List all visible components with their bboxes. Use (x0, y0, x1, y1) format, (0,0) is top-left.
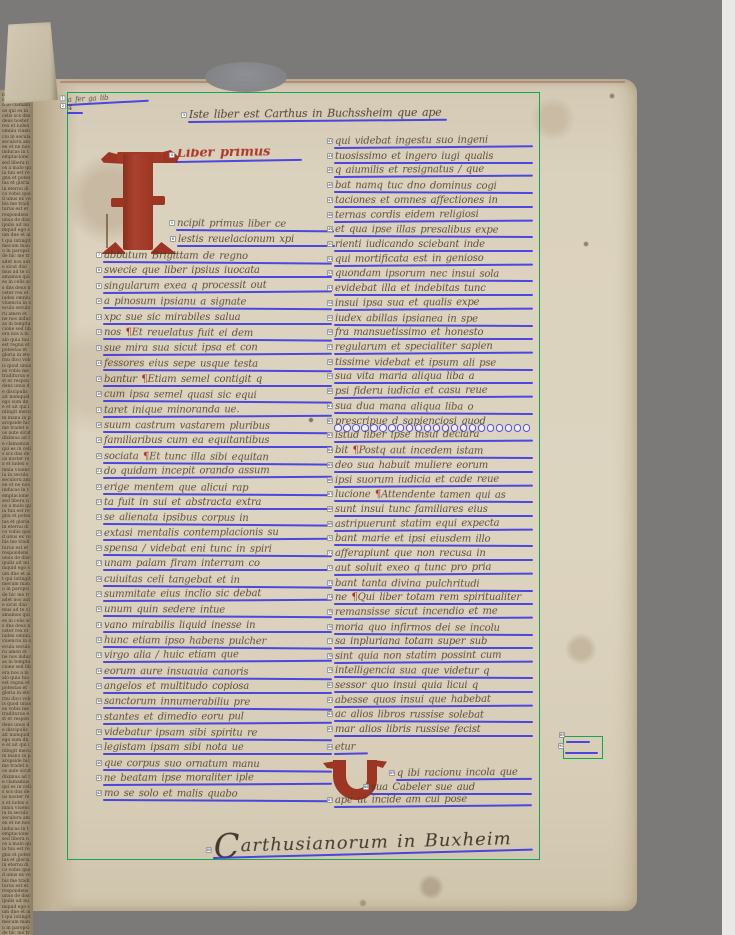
line-number-badge[interactable]: 80 (327, 682, 333, 688)
line-number-badge[interactable]: 76 (327, 624, 334, 630)
manuscript-line-text: sua Cabeler sue aud (371, 782, 475, 793)
line-number-badge[interactable]: 46 (327, 182, 334, 188)
text-line: aut soluit exeo q tunc pro pria72 (334, 561, 533, 576)
red-paragraph-mark: ¶ (353, 445, 359, 456)
manuscript-line-text: extasi mentalis contemplacionis su (104, 527, 279, 539)
text-line: ternas cordis eidem religiosi48 (334, 208, 533, 223)
line-number-badge[interactable]: 74 (327, 594, 333, 600)
manuscript-line-text: virgo alia / huic etiam que (104, 649, 239, 661)
line-number-badge[interactable]: 87 (327, 797, 334, 803)
line-number-badge[interactable]: 18 (96, 422, 103, 428)
text-line: fra mansuetissimo et honesto56 (334, 326, 533, 340)
text-line: moria quo infirmos dei se incolu76 (334, 621, 533, 636)
manuscript-line-text: vano mirabilis liquid inesse in (104, 620, 255, 631)
text-line: tissime videbat et ipsum ali pse58 (334, 356, 533, 371)
line-number-badge[interactable]: 31 (96, 622, 102, 628)
text-line: ac alios libros russise solebat82 (334, 708, 533, 723)
line-number-badge[interactable]: 48 (327, 212, 334, 218)
text-line: ape ut incide am cui pose87 (334, 792, 532, 808)
text-line: 42 (67, 100, 83, 114)
line-number-badge[interactable]: 50 (327, 241, 333, 247)
text-line: spensa / videbat eni tunc in spiri26 (103, 542, 332, 557)
manuscript-line-text: sessor quo insui quia licui q (335, 680, 478, 691)
text-line: sua dua mana aliqua liba o61 (334, 400, 533, 415)
text-line: ne beatam ipse moraliter iple41 (103, 771, 332, 786)
text-line: qui mortificata est in genioso51 (334, 252, 533, 267)
manuscript-line-text: et qua ipse illas presalibus expe (335, 224, 498, 236)
manuscript-line-text: etur (335, 742, 356, 753)
manuscript-line-text: fra mansuetissimo et honesto (335, 327, 483, 338)
line-number-badge[interactable]: 41 (96, 775, 103, 781)
manuscript-line-text: rienti iudicando sciebant inde (335, 239, 485, 250)
manuscript-line-text: bant marie et ipsi eiusdem illo (335, 533, 490, 545)
manuscript-line-text: deo sua habuit muliere eorum (335, 460, 488, 471)
line-number-badge[interactable]: 24 (96, 514, 103, 520)
line-number-badge[interactable]: 15 (96, 376, 102, 382)
line-number-badge[interactable]: 12 (96, 329, 103, 335)
line-number-badge[interactable]: 52 (327, 270, 334, 276)
text-line: sa inpluriana totam super sub77 (334, 635, 533, 649)
text-line: nos ¶Et reuelatus fuit ei dem12 (103, 326, 332, 342)
text-line: bat namq tuc dno dominus cogi46 (334, 179, 533, 194)
manuscript-line-text: unam palam firam interram co (104, 558, 260, 569)
manuscript-line-text: spensa / videbat eni tunc in spiri (104, 543, 272, 555)
manuscript-line-text: taret inique minoranda ue. (104, 404, 239, 416)
manuscript-line-text: mo se solo et malis quabo (104, 788, 238, 800)
line-number-badge[interactable]: 11 (96, 314, 102, 320)
text-line: suum castrum vastarem pluribus18 (103, 419, 332, 434)
text-line-baseline[interactable] (103, 323, 332, 325)
text-line: Liber primus4 (176, 147, 302, 163)
line-number-badge[interactable]: 1 (59, 95, 65, 101)
line-number-badge[interactable]: 3 (181, 112, 187, 118)
manuscript-line-text: tissime videbat et ipsum ali pse (335, 357, 496, 369)
line-number-badge[interactable]: 9 (96, 283, 102, 289)
line-number-badge[interactable]: 21 (96, 468, 103, 474)
manuscript-line-text: a pinosum ipsianu a signate (104, 296, 246, 308)
line-number-badge[interactable]: 19 (96, 437, 102, 443)
line-number-badge[interactable]: 32 (96, 637, 103, 643)
text-line: abesse quos insui que habebat81 (334, 693, 533, 708)
line-number-badge[interactable]: 90 (558, 743, 564, 749)
text-line: remansisse sicut incendio et me75 (334, 605, 533, 620)
line-number-badge[interactable]: 29 (96, 591, 103, 597)
text-line: sua vita maria aliqua liba a59 (334, 370, 533, 384)
line-number-badge[interactable]: 26 (96, 545, 103, 551)
text-line: fessores eius sepe usque testa14 (103, 357, 332, 372)
annotation-overlay: a fer ga lib142Iste liber est Carthus in… (0, 0, 735, 935)
manuscript-line-text: intelligencia sua que videtur q (335, 665, 489, 677)
manuscript-line-text: sue mira sua sicut ipsa et con (104, 342, 258, 354)
manuscript-line-text: bantur ¶Etiam semel contigit q (104, 374, 262, 385)
manuscript-line-text: iudex abillas ipsianea in spe (335, 313, 478, 325)
text-line-baseline[interactable] (67, 112, 83, 114)
manuscript-line-text: taciones et omnes affectiones in (335, 195, 498, 206)
text-line: se alienata ipsibus corpus in24 (103, 511, 332, 527)
line-number-badge[interactable]: 63 (327, 432, 334, 438)
text-line: sessor quo insui quia licui q80 (334, 679, 533, 693)
text-line-baseline[interactable] (103, 631, 332, 633)
manuscript-line-text: ne ¶Qui liber totam rem spiritualiter (335, 592, 521, 603)
manuscript-line-text: familiaribus cum ea equitantibus (104, 435, 269, 446)
text-line: do quidam incepit orando assum21 (103, 464, 332, 479)
line-number-badge[interactable]: 45 (327, 167, 334, 173)
manuscript-line-text: 4 (68, 104, 72, 112)
text-line: mo se solo et malis quabo42 (103, 787, 332, 802)
line-number-badge[interactable]: 22 (96, 484, 103, 490)
line-number-badge[interactable]: 60 (327, 388, 334, 394)
text-line: singularum exea q processit out9 (103, 278, 332, 294)
line-number-badge[interactable]: 34 (96, 668, 103, 674)
text-line: insui ipsa sua et qualis expe54 (334, 296, 533, 311)
text-line: astripuerunt statim equi expecta69 (334, 517, 533, 532)
line-number-badge[interactable]: 68 (327, 506, 333, 512)
text-line: vano mirabilis liquid inesse in31 (103, 619, 332, 633)
line-number-badge[interactable]: 55 (327, 315, 334, 321)
text-line: afferapiunt que non recusa in71 (334, 547, 533, 561)
manuscript-line-text: eorum aure insuauia canoris (104, 666, 248, 678)
line-number-badge[interactable]: 73 (327, 580, 334, 586)
text-line: sanctorum innumerabiliu pre36 (103, 695, 332, 711)
manuscript-line-text: xpc sue sic mirabiles salua (104, 312, 240, 323)
text-line: mar alios libris russise fecist83 (334, 723, 533, 737)
line-number-badge[interactable]: 47 (327, 197, 333, 203)
line-number-badge[interactable]: 4 (169, 152, 175, 158)
manuscript-line-text: ta fuit in sui et abstracta extra (104, 497, 261, 508)
line-number-badge[interactable]: 89 (559, 732, 565, 738)
text-line: iudex abillas ipsianea in spe55 (334, 312, 533, 327)
line-number-badge[interactable]: 23 (96, 499, 102, 505)
text-line: virgo alia / huic etiam que33 (103, 648, 332, 663)
text-line: q aiumilis et resignatus / que45 (334, 163, 533, 178)
line-number-badge[interactable]: 43 (327, 138, 334, 144)
line-number-badge[interactable]: 79 (327, 667, 334, 673)
line-number-badge[interactable]: 88 (206, 847, 213, 853)
line-number-badge[interactable]: 69 (327, 521, 334, 527)
manuscript-line-text: bant tanta divina pulchritudi (335, 578, 479, 590)
text-line-baseline[interactable] (103, 508, 332, 510)
flourished-capital: C (213, 826, 241, 859)
text-line: sint quia non statim possint cum78 (334, 649, 533, 664)
text-line-baseline[interactable] (103, 446, 332, 448)
line-number-badge[interactable]: 39 (96, 744, 102, 750)
line-number-badge[interactable]: 20 (96, 453, 103, 459)
text-line: ipsi suorum iudicia et cade reue66 (334, 473, 533, 488)
line-number-badge[interactable]: 67 (327, 491, 334, 497)
text-line: rienti iudicando sciebant inde50 (334, 238, 533, 252)
line-number-badge[interactable]: 59 (327, 373, 333, 379)
text-line: quondam ipsorum nec insui sola52 (334, 267, 533, 282)
text-line: erige mentem que alicui rap22 (103, 481, 332, 496)
line-number-badge[interactable]: 56 (327, 329, 333, 335)
line-number-badge[interactable]: 65 (327, 462, 333, 468)
manuscript-line-text: stantes et dimedio eoru pul (104, 711, 244, 723)
text-line: lestis reuelacionum xpi6 (177, 233, 335, 247)
text-line: istud liber ipse insui declara63 (334, 428, 533, 443)
line-number-badge[interactable]: 37 (96, 714, 103, 720)
text-line: et qua ipse illas presalibus expe49 (334, 223, 533, 238)
text-line: abbatum Brigittam de regno7 (103, 249, 332, 265)
text-line: q ibi racionu incola que85 (396, 766, 532, 781)
line-number-badge[interactable]: 40 (96, 760, 103, 766)
text-line-baseline[interactable] (103, 753, 332, 755)
manuscript-line-text: ac alios libros russise solebat (335, 709, 484, 721)
line-number-badge[interactable]: 83 (327, 726, 333, 732)
line-number-badge[interactable]: 54 (327, 300, 334, 306)
text-line: bantur ¶Etiam semel contigit q15 (103, 373, 332, 387)
line-number-badge[interactable]: 42 (96, 790, 103, 796)
manuscript-line-text: afferapiunt que non recusa in (335, 548, 486, 559)
text-line: ta fuit in sui et abstracta extra23 (103, 496, 332, 510)
text-line: bant marie et ipsi eiusdem illo70 (334, 532, 533, 547)
manuscript-line-text: fessores eius sepe usque testa (104, 358, 258, 370)
text-line: sue mira sua sicut ipsa et con13 (103, 341, 332, 356)
line-number-badge[interactable]: 82 (327, 711, 334, 717)
line-number-badge[interactable]: 58 (327, 359, 334, 365)
line-number-badge[interactable]: 62 (327, 418, 333, 424)
manuscript-line-text: videbatur ipsam sibi spiritu re (104, 727, 257, 739)
manuscript-line-text: legistam ipsam sibi nota ue (104, 742, 244, 753)
line-number-badge[interactable]: 77 (327, 638, 333, 644)
manuscript-line-text: mar alios libris russise fecist (335, 724, 480, 735)
line-number-badge[interactable]: 8 (96, 267, 102, 273)
text-line-baseline[interactable] (177, 245, 335, 247)
text-line: taret inique minoranda ue.17 (103, 403, 332, 418)
text-line: cum ipsa semel quasi sic equi16 (103, 388, 332, 404)
text-line: summitate eius inclio sic debat29 (103, 587, 332, 602)
line-number-badge[interactable]: 16 (96, 391, 103, 397)
text-line: bant tanta divina pulchritudi73 (334, 577, 533, 592)
text-line: 90 (565, 740, 598, 754)
text-line-baseline[interactable] (565, 752, 598, 754)
manuscript-line-text: suum castrum vastarem pluribus (104, 420, 270, 432)
line-number-badge[interactable]: 35 (96, 683, 102, 689)
line-number-badge[interactable]: 66 (327, 477, 334, 483)
line-number-badge[interactable]: 78 (327, 653, 334, 659)
text-line: stantes et dimedio eoru pul37 (103, 710, 332, 725)
text-line: legistam ipsam sibi nota ue39 (103, 741, 332, 755)
text-line: eorum aure insuauia canoris34 (103, 665, 332, 680)
manuscript-line-text: sunt insui tunc familiares eius (335, 504, 488, 515)
text-line: xpc sue sic mirabiles salua11 (103, 311, 332, 325)
text-line: deo sua habuit muliere eorum65 (334, 459, 533, 473)
text-line-baseline[interactable] (334, 735, 533, 737)
line-number-badge[interactable]: 44 (327, 153, 333, 159)
text-line: ne ¶Qui liber totam rem spiritualiter74 (334, 591, 533, 605)
manuscript-line-text: ne beatam ipse moraliter iple (104, 772, 254, 784)
line-number-badge[interactable]: 72 (327, 565, 334, 571)
red-paragraph-mark: ¶ (125, 327, 131, 338)
line-number-badge[interactable]: 85 (389, 770, 396, 776)
text-line: psi fideru iudicia et casu reue60 (334, 384, 533, 399)
line-number-badge[interactable]: 53 (327, 285, 333, 291)
manuscript-line-text: bat namq tuc dno dominus cogi (335, 180, 497, 192)
text-line: unum quin sedere intue30 (103, 603, 332, 618)
manuscript-line-text: quondam ipsorum nec insui sola (335, 268, 499, 280)
text-line: familiaribus cum ea equitantibus19 (103, 434, 332, 448)
manuscript-line-text: lucione ¶Attendente tamen qui as (335, 489, 506, 501)
text-line: ncipit primus liber ce5 (176, 217, 334, 232)
manuscript-line-text: bit ¶Postq aut incedem istam (335, 445, 483, 457)
line-number-badge[interactable]: 75 (327, 609, 334, 615)
line-number-badge[interactable]: 84 (327, 744, 334, 750)
text-line: regularum et specialiter sapien57 (334, 340, 533, 355)
line-number-badge[interactable]: 14 (96, 360, 103, 366)
line-number-badge[interactable]: 7 (96, 252, 102, 258)
manuscript-line-text: sua dua mana aliqua liba o (335, 401, 473, 413)
text-line: a pinosum ipsianu a signate10 (103, 295, 332, 310)
red-paragraph-mark: ¶ (141, 374, 147, 385)
line-number-badge[interactable]: 36 (96, 698, 103, 704)
manuscript-line-text: sa inpluriana totam super sub (335, 636, 487, 647)
manuscript-line-text: moria quo infirmos dei se incolu (335, 622, 500, 634)
text-line: videbatur ipsam sibi spiritu re38 (103, 726, 332, 741)
text-line: qui videbat ingestu suo ingeni43 (334, 133, 533, 149)
text-line: swecie que liber ipsius iuocata8 (103, 264, 332, 278)
text-line: unam palam firam interram co27 (103, 557, 332, 571)
text-line: extasi mentalis contemplacionis su25 (103, 526, 332, 541)
text-line: evidebat illa et indebitas tunc53 (334, 282, 533, 296)
line-number-badge[interactable]: 6 (170, 236, 176, 242)
manuscript-line-text: do quidam incepit orando assum (104, 465, 270, 477)
line-number-badge[interactable]: 17 (96, 407, 103, 413)
manuscript-line-text: sua vita maria aliqua liba a (335, 371, 474, 382)
manuscript-line-text: erige mentem que alicui rap (104, 482, 248, 494)
manuscript-line-text: summitate eius inclio sic debat (104, 588, 261, 600)
line-number-badge[interactable]: 27 (96, 560, 102, 566)
line-number-badge[interactable]: 57 (327, 344, 334, 350)
text-line-baseline[interactable] (103, 569, 332, 571)
line-number-badge[interactable]: 2 (60, 103, 66, 109)
text-line: Iste liber est Carthus in Buchssheim que… (188, 107, 447, 123)
red-paragraph-mark: ¶ (375, 489, 381, 500)
line-number-badge[interactable]: 51 (327, 256, 334, 262)
line-number-badge[interactable]: 38 (96, 729, 103, 735)
line-number-badge[interactable]: 71 (327, 550, 333, 556)
line-number-badge[interactable]: 70 (327, 535, 334, 541)
line-number-badge[interactable]: 81 (327, 697, 334, 703)
line-number-badge[interactable]: 30 (96, 606, 103, 612)
manuscript-line-text: swecie que liber ipsius iuocata (104, 265, 260, 276)
red-paragraph-mark: ¶ (351, 592, 357, 603)
manuscript-line-text: unum quin sedere intue (104, 604, 225, 616)
line-number-badge[interactable]: 10 (96, 298, 103, 304)
line-number-badge[interactable]: 61 (327, 403, 334, 409)
text-line: bit ¶Postq aut incedem istam64 (334, 444, 533, 459)
text-line: etur84 (334, 740, 368, 755)
line-number-badge[interactable]: 64 (327, 447, 334, 453)
manuscript-line-text: lestis reuelacionum xpi (178, 234, 294, 245)
manuscript-line-text: tuosissimo et ingero iugi qualis (335, 151, 493, 162)
line-number-badge[interactable]: 25 (96, 530, 103, 536)
text-line: angelos et multitudo copiosa35 (103, 680, 332, 694)
line-number-badge[interactable]: 13 (96, 345, 103, 351)
text-line-baseline[interactable] (103, 385, 332, 387)
text-line-baseline[interactable] (103, 692, 332, 694)
red-paragraph-mark: ¶ (143, 451, 149, 462)
line-number-badge[interactable]: 49 (327, 226, 334, 232)
text-line: intelligencia sua que videtur q79 (334, 664, 533, 679)
digitized-manuscript-view: nos aute sicut diximus ad te clamamus qu… (0, 0, 735, 935)
text-line: sunt insui tunc familiares eius68 (334, 503, 533, 517)
line-number-badge[interactable]: 86 (363, 784, 369, 790)
line-number-badge[interactable]: 33 (96, 652, 103, 658)
manuscript-line-text: evidebat illa et indebitas tunc (335, 283, 486, 294)
text-line: taciones et omnes affectiones in47 (334, 194, 533, 208)
line-number-badge[interactable]: 5 (169, 220, 175, 226)
text-line: lucione ¶Attendente tamen qui as67 (334, 488, 533, 503)
manuscript-line-text: angelos et multitudo copiosa (104, 681, 249, 692)
line-number-badge[interactable]: 28 (96, 576, 103, 582)
